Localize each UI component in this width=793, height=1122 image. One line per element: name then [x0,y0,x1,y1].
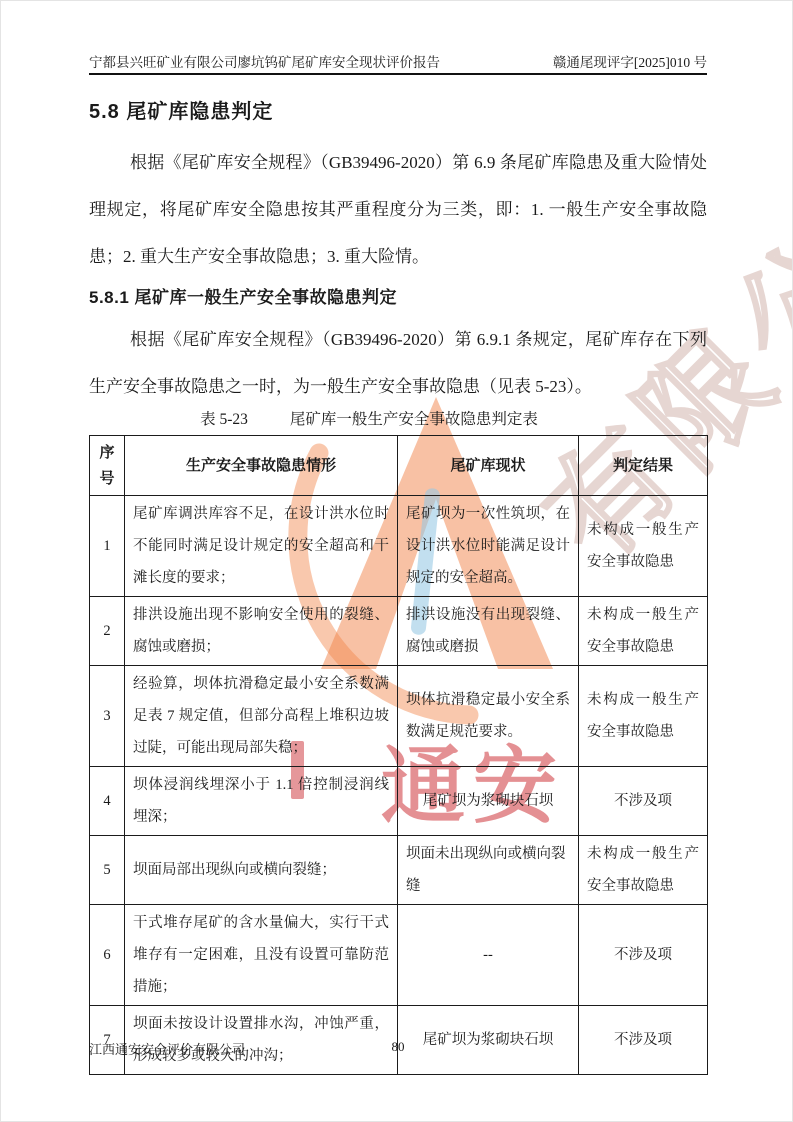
cell-serial-number: 6 [90,905,125,1006]
cell-hazard-situation: 尾矿库调洪库容不足，在设计洪水位时不能同时满足设计规定的安全超高和干滩长度的要求… [125,496,398,597]
cell-hazard-situation: 经验算，坝体抗滑稳定最小安全系数满足表 7 规定值，但部分高程上堆积边坡过陡，可… [125,666,398,767]
column-header-3: 判定结果 [579,436,708,496]
cell-tailings-status: -- [398,905,579,1006]
table-caption-title: 尾矿库一般生产安全事故隐患判定表 [290,407,538,429]
cell-hazard-situation: 排洪设施出现不影响安全使用的裂缝、腐蚀或磨损； [125,597,398,666]
document-page: 有限公司 通安 宁都县兴旺矿业有限公司廖坑钨矿尾矿库安全现状评价报告 赣通尾现评… [0,0,793,1122]
cell-hazard-situation: 干式堆存尾矿的含水量偏大，实行干式堆存有一定困难，且没有设置可靠防范措施； [125,905,398,1006]
paragraph-1: 根据《尾矿库安全规程》（GB39496-2020）第 6.9 条尾矿库隐患及重大… [89,139,707,280]
cell-serial-number: 5 [90,836,125,905]
cell-judgment-result: 未构成一般生产安全事故隐患 [579,666,708,767]
table-row: 2排洪设施出现不影响安全使用的裂缝、腐蚀或磨损；排洪设施没有出现裂缝、腐蚀或磨损… [90,597,708,666]
column-header-0: 序号 [90,436,125,496]
column-header-1: 生产安全事故隐患情形 [125,436,398,496]
table-row: 1尾矿库调洪库容不足，在设计洪水位时不能同时满足设计规定的安全超高和干滩长度的要… [90,496,708,597]
hazard-judgment-table: 序号生产安全事故隐患情形尾矿库现状判定结果 1尾矿库调洪库容不足，在设计洪水位时… [89,435,708,1075]
table-row: 5坝面局部出现纵向或横向裂缝；坝面未出现纵向或横向裂缝未构成一般生产安全事故隐患 [90,836,708,905]
cell-tailings-status: 尾矿坝为浆砌块石坝 [398,767,579,836]
header-report-title: 宁都县兴旺矿业有限公司廖坑钨矿尾矿库安全现状评价报告 [89,51,440,71]
header-document-number: 赣通尾现评字[2025]010 号 [553,51,707,71]
page-content: 宁都县兴旺矿业有限公司廖坑钨矿尾矿库安全现状评价报告 赣通尾现评字[2025]0… [1,1,792,1121]
table-row: 4坝体浸润线埋深小于 1.1 倍控制浸润线埋深；尾矿坝为浆砌块石坝不涉及项 [90,767,708,836]
cell-judgment-result: 未构成一般生产安全事故隐患 [579,597,708,666]
table-row: 6干式堆存尾矿的含水量偏大，实行干式堆存有一定困难，且没有设置可靠防范措施；--… [90,905,708,1006]
table-head: 序号生产安全事故隐患情形尾矿库现状判定结果 [90,436,708,496]
footer-page-number: 80 [89,1039,707,1055]
cell-tailings-status: 坝体抗滑稳定最小安全系数满足规范要求。 [398,666,579,767]
cell-judgment-result: 不涉及项 [579,905,708,1006]
section-heading: 5.8 尾矿库隐患判定 [89,95,707,124]
table-row: 3经验算，坝体抗滑稳定最小安全系数满足表 7 规定值，但部分高程上堆积边坡过陡，… [90,666,708,767]
header-rule [89,73,707,75]
cell-hazard-situation: 坝体浸润线埋深小于 1.1 倍控制浸润线埋深； [125,767,398,836]
column-header-2: 尾矿库现状 [398,436,579,496]
cell-serial-number: 3 [90,666,125,767]
cell-serial-number: 4 [90,767,125,836]
page-header: 宁都县兴旺矿业有限公司廖坑钨矿尾矿库安全现状评价报告 赣通尾现评字[2025]0… [89,51,707,71]
subsection-heading: 5.8.1 尾矿库一般生产安全事故隐患判定 [89,283,707,308]
cell-judgment-result: 不涉及项 [579,767,708,836]
paragraph-2: 根据《尾矿库安全规程》（GB39496-2020）第 6.9.1 条规定，尾矿库… [89,316,707,410]
cell-tailings-status: 排洪设施没有出现裂缝、腐蚀或磨损 [398,597,579,666]
table-header-row: 序号生产安全事故隐患情形尾矿库现状判定结果 [90,436,708,496]
table-caption: 表 5-23 尾矿库一般生产安全事故隐患判定表 [89,407,649,429]
cell-tailings-status: 尾矿坝为一次性筑坝，在设计洪水位时能满足设计规定的安全超高。 [398,496,579,597]
cell-serial-number: 1 [90,496,125,597]
cell-serial-number: 2 [90,597,125,666]
cell-judgment-result: 未构成一般生产安全事故隐患 [579,496,708,597]
table-caption-label: 表 5-23 [200,407,248,429]
cell-judgment-result: 未构成一般生产安全事故隐患 [579,836,708,905]
table-body: 1尾矿库调洪库容不足，在设计洪水位时不能同时满足设计规定的安全超高和干滩长度的要… [90,496,708,1075]
cell-hazard-situation: 坝面局部出现纵向或横向裂缝； [125,836,398,905]
cell-tailings-status: 坝面未出现纵向或横向裂缝 [398,836,579,905]
